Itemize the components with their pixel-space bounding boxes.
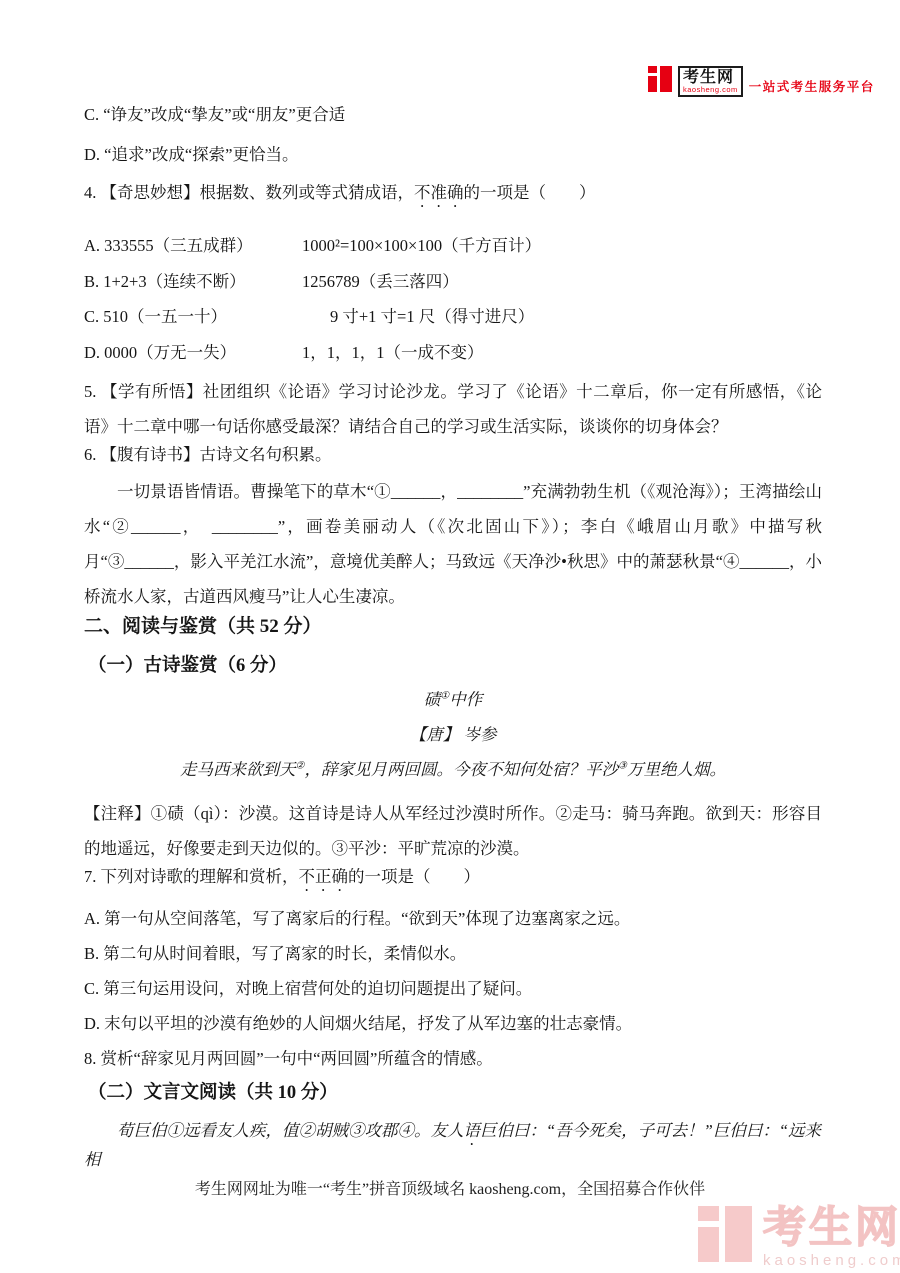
brand-domain: kaosheng.com [683, 86, 738, 94]
classical-passage-1: 荀巨伯①远看友人疾，值②胡贼③攻郡④。友人 [117, 1121, 464, 1140]
classical-passage-emphasis: 语 [464, 1121, 481, 1140]
poem-verse-1: 走马西来欲到天 [180, 760, 296, 779]
kaosheng-h-icon-watermark [698, 1206, 754, 1262]
document-content: C. “诤友”改成“挚友”或“朋友”更合适 D. “追求”改成“探索”更恰当。 … [84, 104, 822, 1171]
poem-title-post: 中作 [449, 690, 482, 709]
section-2-1-title: （一）古诗鉴赏（6 分） [84, 653, 822, 679]
brand-name: 考生网 [683, 69, 738, 86]
question-4-emphasis: 不准确 [414, 183, 464, 202]
poem-title-pre: 碛 [424, 690, 441, 709]
q4-option-b: B. 1+2+3（连续不断） 1256789（丢三落四） [84, 271, 822, 293]
q4-option-c-left: C. 510（一五一十） [84, 306, 302, 328]
watermark-brand: 考生网 [763, 1206, 900, 1250]
poem-note-mark-2: ② [296, 761, 305, 772]
poem-verse-3: 万里绝人烟。 [627, 760, 726, 779]
brand-tagline: 一站式考生服务平台 [749, 77, 875, 95]
q4-option-b-right: 1256789（丢三落四） [302, 271, 459, 293]
question-7: 7. 下列对诗歌的理解和赏析，不正确的一项是（ ） [84, 866, 822, 895]
q7-option-a: A. 第一句从空间落笔，写了离家后的行程。“欲到天”体现了边塞离家之远。 [84, 908, 822, 930]
question-5: 5. 【学有所悟】社团组织《论语》学习讨论沙龙。学习了《论语》十二章后，你一定有… [84, 374, 822, 444]
kaosheng-logo: 考生网 kaosheng.com 一站式考生服务平台 [648, 66, 875, 97]
exam-paper-page: 考生网 kaosheng.com 一站式考生服务平台 C. “诤友”改成“挚友”… [0, 0, 900, 1273]
q4-option-a-right: 1000²=100×100×100（千方百计） [302, 235, 541, 257]
q4-option-a-left: A. 333555（三五成群） [84, 235, 302, 257]
q4-option-d: D. 0000（万无一失） 1，1，1，1（一成不变） [84, 342, 822, 364]
kaosheng-watermark: 考生网 kaosheng.com [698, 1206, 900, 1269]
section-2-2-title: （二）文言文阅读（共 10 分） [84, 1080, 822, 1106]
poem-notes: 【注释】①碛（qì）：沙漠。这首诗是诗人从军经过沙漠时所作。②走马：骑马奔跑。欲… [84, 796, 822, 866]
q4-option-c-right: 9 寸+1 寸=1 尺（得寸进尺） [302, 306, 534, 328]
poem-title-note-mark: ① [440, 691, 449, 702]
poem-author: 【唐】 岑参 [84, 724, 822, 746]
question-8: 8. 赏析“辞家见月两回圆”一句中“两回圆”所蕴含的情感。 [84, 1048, 822, 1070]
question-6: 6. 【腹有诗书】古诗文名句积累。 [84, 444, 822, 466]
brand-box: 考生网 kaosheng.com [678, 66, 743, 97]
question-4: 4. 【奇思妙想】根据数、数列或等式猜成语，不准确的一项是（ ） [84, 182, 822, 211]
q4-option-c: C. 510（一五一十） 9 寸+1 寸=1 尺（得寸进尺） [84, 306, 822, 328]
kaosheng-h-icon [648, 66, 672, 92]
q7-option-c: C. 第三句运用设问，对晚上宿营何处的迫切问题提出了疑问。 [84, 978, 822, 1000]
q7-option-b: B. 第二句从时间着眼，写了离家的时长，柔情似水。 [84, 943, 822, 965]
q6-fill-in-passage: 一切景语皆情语。曹操笔下的草木“①______，________”充满勃勃生机（… [84, 474, 822, 614]
classical-passage: 荀巨伯①远看友人疾，值②胡贼③攻郡④。友人语巨伯曰：“吾今死矣，子可去！”巨伯曰… [84, 1120, 822, 1171]
question-4-post: 的一项是（ ） [464, 183, 596, 202]
question-4-pre: 4. 【奇思妙想】根据数、数列或等式猜成语， [84, 183, 414, 202]
q4-option-d-left: D. 0000（万无一失） [84, 342, 302, 364]
poem-verse: 走马西来欲到天②，辞家见月两回圆。今夜不知何处宿？平沙③万里绝人烟。 [84, 759, 822, 781]
watermark-domain: kaosheng.com [763, 1252, 900, 1269]
q4-option-b-left: B. 1+2+3（连续不断） [84, 271, 302, 293]
section-2-title: 二、阅读与鉴赏（共 52 分） [84, 614, 822, 640]
poem-title: 碛①中作 [84, 689, 822, 711]
q4-option-a: A. 333555（三五成群） 1000²=100×100×100（千方百计） [84, 235, 822, 257]
option-3c: C. “诤友”改成“挚友”或“朋友”更合适 [84, 104, 822, 126]
poem-note-mark-3: ③ [618, 761, 627, 772]
footer-slogan: 考生网网址为唯一“考生”拼音顶级域名 kaosheng.com，全国招募合作伙伴 [0, 1176, 900, 1199]
question-7-post: 的一项是（ ） [348, 867, 480, 886]
question-7-emphasis: 不正确 [299, 867, 349, 886]
q4-option-d-right: 1，1，1，1（一成不变） [302, 342, 484, 364]
option-3d: D. “追求”改成“探索”更恰当。 [84, 144, 822, 166]
poem-verse-2: ，辞家见月两回圆。今夜不知何处宿？平沙 [305, 760, 619, 779]
question-7-pre: 7. 下列对诗歌的理解和赏析， [84, 867, 299, 886]
q7-option-d: D. 末句以平坦的沙漠有绝妙的人间烟火结尾，抒发了从军边塞的壮志豪情。 [84, 1013, 822, 1035]
